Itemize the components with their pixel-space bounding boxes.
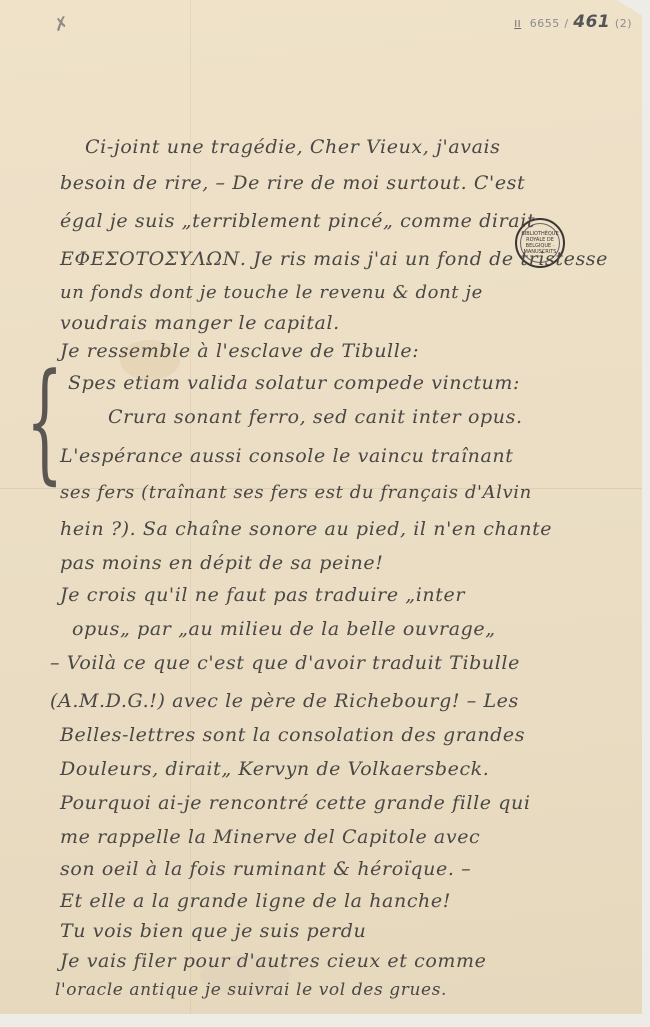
letter-line: un fonds dont je touche le revenu & dont… (60, 282, 483, 303)
letter-sheet: ✗ II 6655 / 461 (2) BIBLIOTHÈQUE ROYALE … (0, 0, 642, 1014)
letter-line: l'oracle antique je suivrai le vol des g… (55, 980, 447, 1000)
archive-folio: 461 (573, 12, 610, 32)
letter-line: Tu vois bien que je suis perdu (60, 920, 366, 942)
letter-line: (A.M.D.G.!) avec le père de Richebourg! … (50, 690, 519, 712)
letter-line: Belles-lettres sont la consolation des g… (60, 724, 525, 746)
letter-line: ΕΦΕΣΟΤΟΣΥΛΩΝ. Je ris mais j'ai un fond d… (60, 248, 608, 270)
letter-line: Et elle a la grande ligne de la hanche! (60, 890, 451, 912)
archive-separator: / (564, 17, 568, 30)
letter-line: – Voilà ce que c'est que d'avoir traduit… (50, 652, 520, 674)
curly-brace-mark: { (26, 356, 63, 486)
archive-reference: II 6655 / 461 (2) (514, 12, 632, 32)
letter-line: me rappelle la Minerve del Capitole avec (60, 826, 480, 848)
letter-line: L'espérance aussi console le vaincu traî… (60, 445, 513, 467)
letter-line: hein ?). Sa chaîne sonore au pied, il n'… (60, 518, 552, 540)
letter-line: pas moins en dépit de sa peine! (60, 552, 383, 574)
letter-line: Douleurs, dirait„ Kervyn de Volkaersbeck… (60, 758, 489, 780)
archive-sheet: (2) (615, 17, 632, 30)
letter-line: Ci-joint une tragédie, Cher Vieux, j'ava… (85, 136, 501, 158)
letter-line: voudrais manger le capital. (60, 312, 340, 334)
letter-line latin-quote: Spes etiam valida solatur compede vinctu… (68, 372, 520, 394)
letter-line: égal je suis „terriblement pincé„ comme … (60, 210, 535, 232)
letter-line: besoin de rire, – De rire de moi surtout… (60, 172, 525, 194)
letter-line: Je vais filer pour d'autres cieux et com… (60, 950, 486, 972)
letter-line: ses fers (traînant ses fers est du franç… (60, 482, 532, 503)
letter-line: Je crois qu'il ne faut pas traduire „int… (60, 584, 465, 606)
pencil-cross-mark: ✗ (52, 12, 72, 36)
archive-number: 6655 (530, 17, 560, 30)
archive-roman: II (514, 19, 521, 30)
letter-line: opus„ par „au milieu de la belle ouvrage… (72, 618, 496, 640)
letter-line: Pourquoi ai-je rencontré cette grande fi… (60, 792, 531, 814)
letter-line latin-quote: Crura sonant ferro, sed canit inter opus… (108, 406, 523, 428)
letter-line: Je ressemble à l'esclave de Tibulle: (60, 340, 419, 362)
letter-line: son oeil à la fois ruminant & héroïque. … (60, 858, 471, 880)
